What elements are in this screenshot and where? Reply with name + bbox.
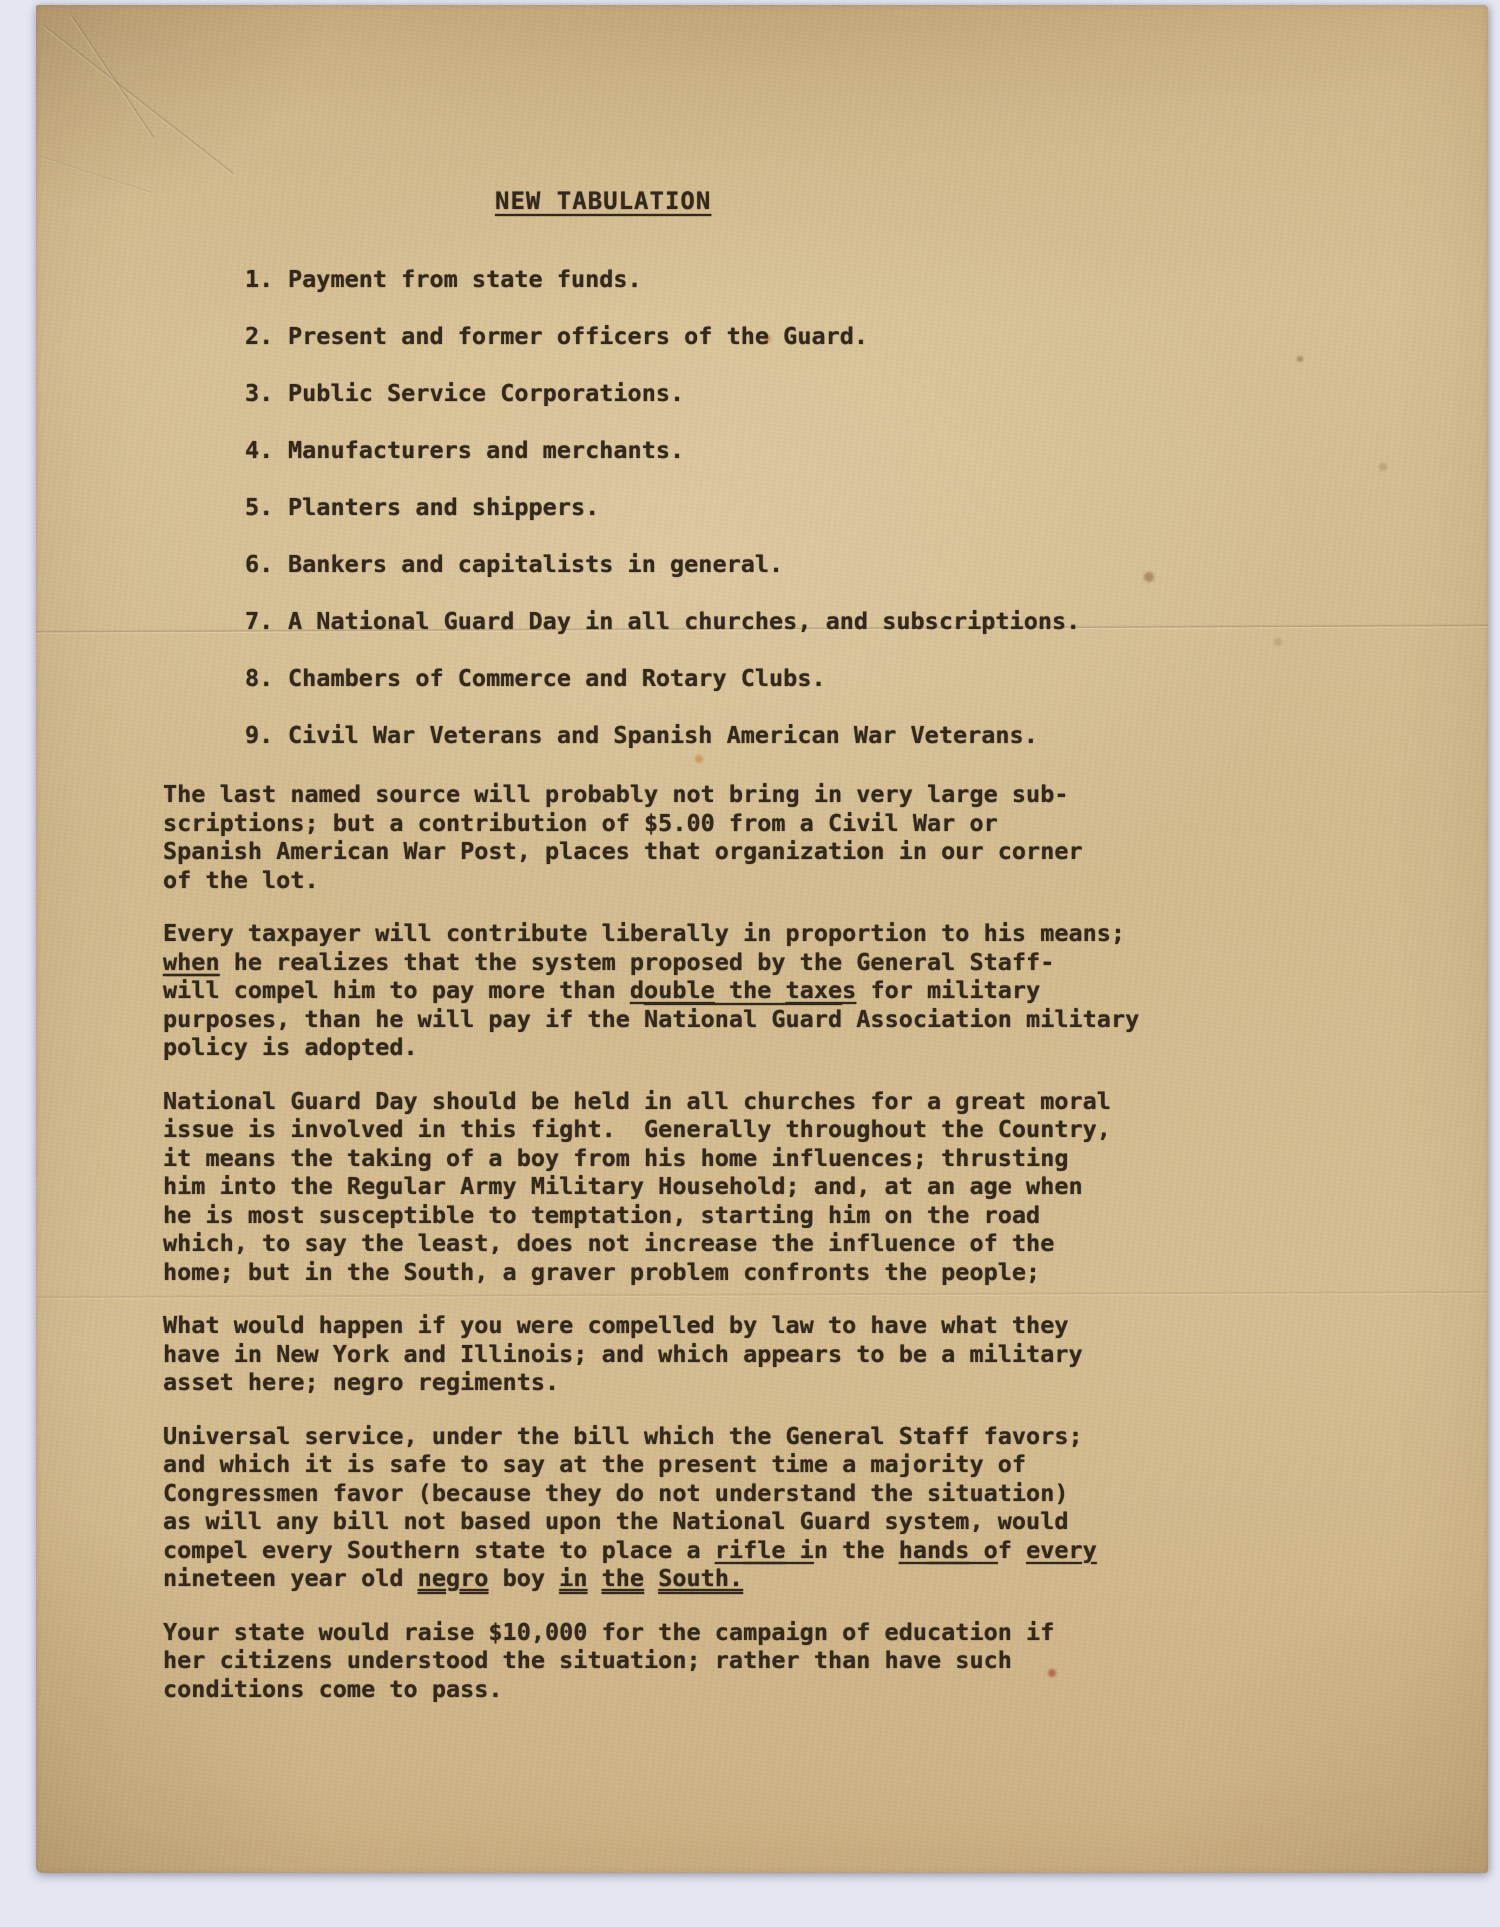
list-item-number: 1.	[245, 265, 288, 294]
plain-text: scriptions; but a contribution of $5.00 …	[163, 809, 998, 837]
list-item-number: 6.	[245, 550, 288, 579]
paper-stains	[36, 5, 40, 9]
text-line: as will any bill not based upon the Nati…	[163, 1507, 1173, 1536]
text-line: Your state would raise $10,000 for the c…	[163, 1618, 1173, 1647]
plain-text: of	[969, 1536, 1026, 1564]
plain-text: Congressmen favor (because they do not u…	[163, 1479, 1068, 1507]
text-line: have in New York and Illinois; and which…	[163, 1340, 1173, 1369]
plain-text: have in New York and Illinois; and which…	[163, 1340, 1083, 1368]
emphasized-text: in	[559, 1564, 587, 1592]
list-item-text: Bankers and capitalists in general.	[288, 550, 783, 578]
list-item-text: A National Guard Day in all churches, an…	[288, 607, 1080, 635]
plain-text: home; but in the South, a graver problem…	[163, 1258, 1040, 1286]
emphasized-text	[927, 1564, 998, 1592]
list-item: 8.Chambers of Commerce and Rotary Clubs.	[163, 664, 1488, 693]
emphasized-text: rifle	[715, 1536, 786, 1564]
plain-text: Universal service, under the bill which …	[163, 1422, 1083, 1450]
text-line: and which it is safe to say at the prese…	[163, 1450, 1173, 1479]
corner-wrinkle	[43, 25, 234, 175]
list-item: 4.Manufacturers and merchants.	[163, 436, 1488, 465]
paragraph: Your state would raise $10,000 for the c…	[163, 1618, 1173, 1704]
plain-text	[644, 1564, 658, 1592]
text-line: policy is adopted.	[163, 1033, 1173, 1062]
text-line: he is most susceptible to temptation, st…	[163, 1201, 1173, 1230]
list-item-number: 9.	[245, 721, 288, 750]
text-line: which, to say the least, does not increa…	[163, 1229, 1173, 1258]
paragraph: Every taxpayer will contribute liberally…	[163, 919, 1173, 1062]
plain-text: in the	[786, 1536, 899, 1564]
typewritten-content: NEW TABULATION 1.Payment from state fund…	[36, 187, 1488, 1703]
plain-text: Association military	[842, 1005, 1139, 1033]
emphasized-text: South.	[658, 1564, 743, 1592]
text-line: scriptions; but a contribution of $5.00 …	[163, 809, 1173, 838]
emphasized-text	[743, 1564, 814, 1592]
plain-text: which, to say the least, does not increa…	[163, 1229, 1054, 1257]
text-line: Spanish American War Post, places that o…	[163, 837, 1173, 866]
list-item: 7.A National Guard Day in all churches, …	[163, 607, 1488, 636]
list-item-number: 2.	[245, 322, 288, 351]
text-line: home; but in the South, a graver problem…	[163, 1258, 1173, 1287]
text-line: of the lot.	[163, 866, 1173, 895]
plain-text: of the lot.	[163, 866, 319, 894]
text-line: National Guard Day should be held in all…	[163, 1087, 1173, 1116]
text-line: compel every Southern state to place a r…	[163, 1536, 1173, 1565]
plain-text: What would happen if you were compelled …	[163, 1311, 1068, 1339]
list-item-number: 4.	[245, 436, 288, 465]
list-item: 1.Payment from state funds.	[163, 265, 1488, 294]
list-item: 2.Present and former officers of the Gua…	[163, 322, 1488, 351]
text-line: her citizens understood the situation; r…	[163, 1646, 1173, 1675]
plain-text: conditions come to pass.	[163, 1675, 503, 1703]
plain-text: issue is involved in this fight. General…	[163, 1115, 1111, 1143]
text-line: issue is involved in this fight. General…	[163, 1115, 1173, 1144]
paragraph: Universal service, under the bill which …	[163, 1422, 1173, 1593]
list-item: 9.Civil War Veterans and Spanish America…	[163, 721, 1488, 750]
document-title: NEW TABULATION	[495, 187, 1488, 216]
emphasized-text: National Guard	[644, 1005, 842, 1033]
plain-text: her citizens understood the situation; r…	[163, 1646, 1012, 1674]
plain-text: the	[715, 976, 786, 1004]
plain-text: boy	[488, 1564, 559, 1592]
plain-text: he realizes that the system proposed by …	[220, 948, 1055, 976]
paragraph: The last named source will probably not …	[163, 780, 1173, 894]
emphasized-text: negro	[418, 1564, 489, 1592]
tabulation-list: 1.Payment from state funds.2.Present and…	[163, 265, 1488, 750]
paragraph: National Guard Day should be held in all…	[163, 1087, 1173, 1287]
plain-text: him into the Regular Army Military House…	[163, 1172, 1083, 1200]
list-item-text: Payment from state funds.	[288, 265, 642, 293]
list-item-text: Present and former officers of the Guard…	[288, 322, 868, 350]
text-line: What would happen if you were compelled …	[163, 1311, 1173, 1340]
text-line: Congressmen favor (because they do not u…	[163, 1479, 1173, 1508]
plain-text: nineteen year old	[163, 1564, 418, 1592]
list-item-number: 7.	[245, 607, 288, 636]
list-item-number: 5.	[245, 493, 288, 522]
text-line: The last named source will probably not …	[163, 780, 1173, 809]
document-page: NEW TABULATION 1.Payment from state fund…	[36, 5, 1488, 1873]
plain-text: compel him to pay more than	[220, 976, 630, 1004]
emphasized-text: every	[1026, 1536, 1097, 1564]
list-item: 6.Bankers and capitalists in general.	[163, 550, 1488, 579]
text-line: him into the Regular Army Military House…	[163, 1172, 1173, 1201]
list-item-text: Civil War Veterans and Spanish American …	[288, 721, 1038, 749]
plain-text: purposes, than he will pay if the	[163, 1005, 644, 1033]
plain-text: it means the taking of a boy from his ho…	[163, 1144, 1068, 1172]
emphasized-text: the	[602, 1564, 644, 1592]
list-item-text: Chambers of Commerce and Rotary Clubs.	[288, 664, 826, 692]
plain-text: for military	[856, 976, 1040, 1004]
plain-text: compel every Southern state to place a	[163, 1536, 715, 1564]
text-line: will compel him to pay more than double …	[163, 976, 1173, 1005]
plain-text: asset here; negro regiments.	[163, 1368, 559, 1396]
plain-text	[587, 1564, 601, 1592]
emphasized-text: double	[630, 976, 715, 1004]
plain-text: and which it is safe to say at the prese…	[163, 1450, 1026, 1478]
text-line: conditions come to pass.	[163, 1675, 1173, 1704]
emphasized-text: when	[163, 948, 220, 976]
list-item: 5.Planters and shippers.	[163, 493, 1488, 522]
text-line: when he realizes that the system propose…	[163, 948, 1173, 977]
list-item-text: Public Service Corporations.	[288, 379, 684, 407]
text-line: asset here; negro regiments.	[163, 1368, 1173, 1397]
plain-text	[814, 1564, 927, 1592]
list-item: 3.Public Service Corporations.	[163, 379, 1488, 408]
plain-text: he is most susceptible to temptation, st…	[163, 1201, 1040, 1229]
plain-text: Your state would raise $10,000 for the c…	[163, 1618, 1054, 1646]
corner-wrinkle	[69, 14, 155, 140]
plain-text: National Guard Day should be held in all…	[163, 1087, 1111, 1115]
plain-text: Spanish American War Post, places that o…	[163, 837, 1083, 865]
emphasized-text: will	[163, 976, 220, 1004]
plain-text: policy is adopted.	[163, 1033, 418, 1061]
text-line: purposes, than he will pay if the Nation…	[163, 1005, 1173, 1034]
plain-text: as will any bill not based upon the Nati…	[163, 1507, 1068, 1535]
text-line: Every taxpayer will contribute liberally…	[163, 919, 1173, 948]
document-body: The last named source will probably not …	[163, 780, 1173, 1703]
emphasized-text: hands	[899, 1536, 970, 1564]
plain-text: Every taxpayer will contribute liberally…	[163, 919, 1125, 947]
list-item-number: 3.	[245, 379, 288, 408]
list-item-text: Manufacturers and merchants.	[288, 436, 684, 464]
text-line: it means the taking of a boy from his ho…	[163, 1144, 1173, 1173]
text-line: Universal service, under the bill which …	[163, 1422, 1173, 1451]
plain-text: The last named source will probably not …	[163, 780, 1068, 808]
paragraph: What would happen if you were compelled …	[163, 1311, 1173, 1397]
emphasized-text: taxes	[786, 976, 857, 1004]
list-item-number: 8.	[245, 664, 288, 693]
text-line: nineteen year old negro boy in the South…	[163, 1564, 1173, 1593]
list-item-text: Planters and shippers.	[288, 493, 599, 521]
